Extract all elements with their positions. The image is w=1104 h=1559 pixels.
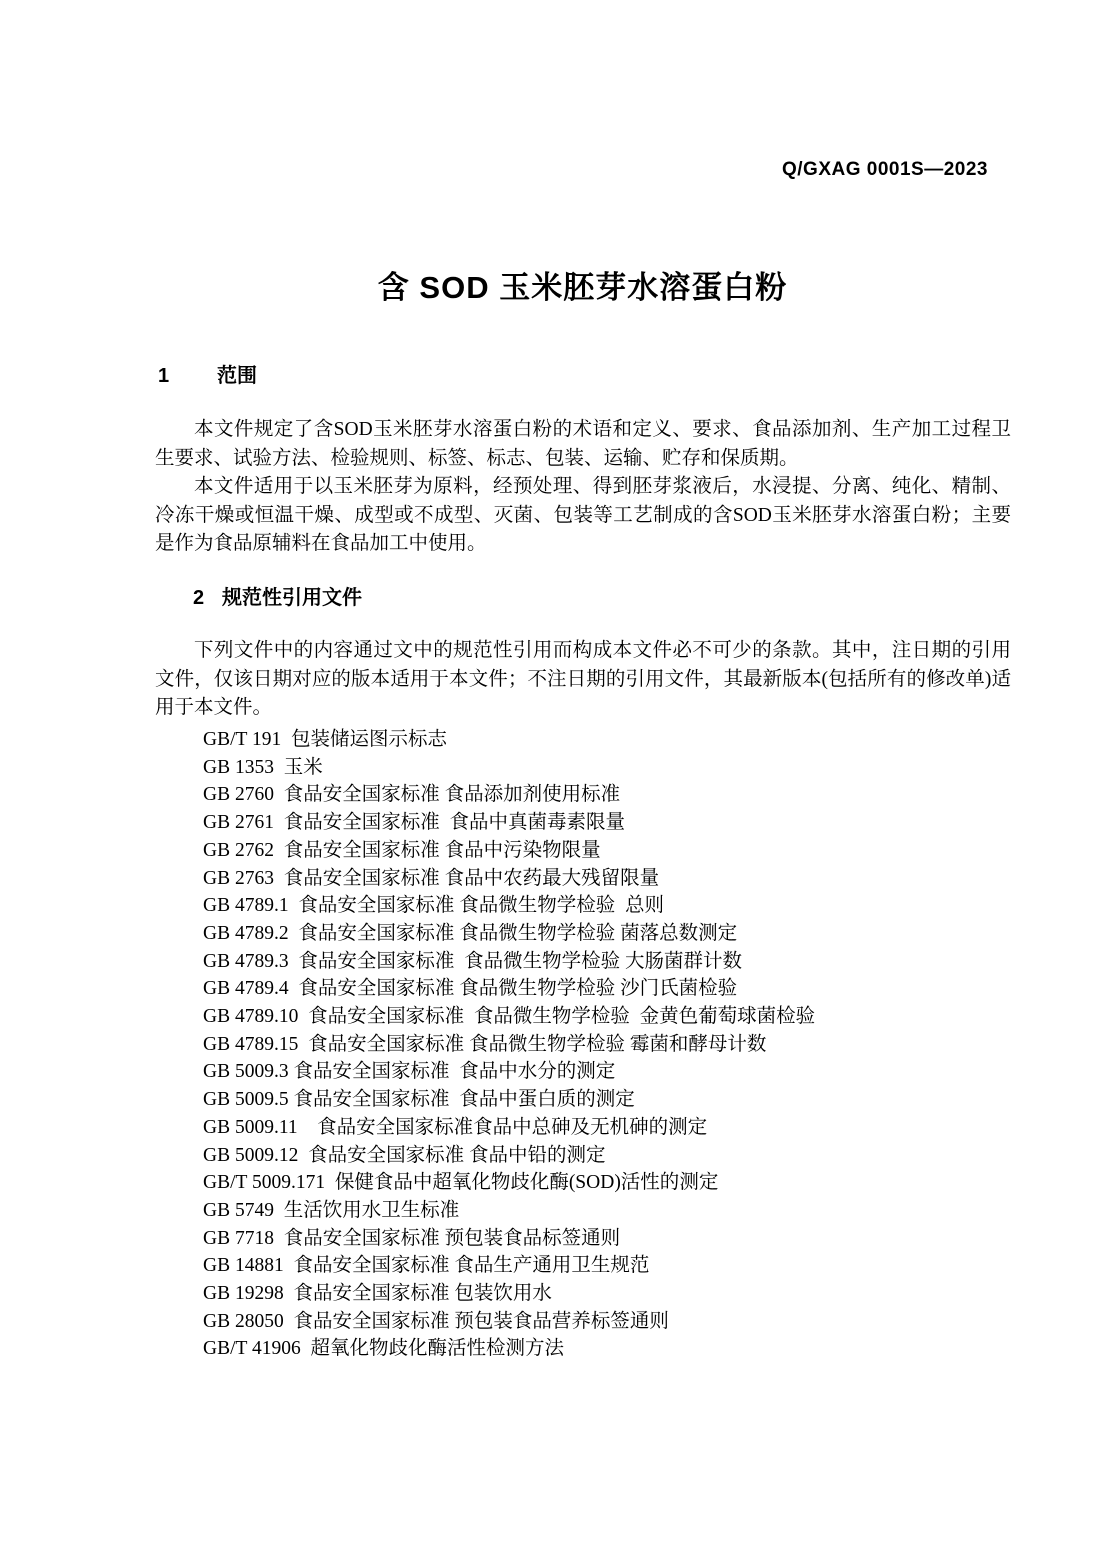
reference-item: GB 5749 生活饮用水卫生标准 <box>203 1197 1011 1225</box>
normative-references-list: GB/T 191 包装储运图示标志 GB 1353 玉米 GB 2760 食品安… <box>203 726 1011 1363</box>
reference-item: GB 4789.15 食品安全国家标准 食品微生物学检验 霉菌和酵母计数 <box>203 1031 1011 1059</box>
section-2-number: 2 <box>193 585 222 611</box>
paragraph: 下列文件中的内容通过文中的规范性引用而构成本文件必不可少的条款。其中，注日期的引… <box>155 637 1011 723</box>
reference-item: GB 1353 玉米 <box>203 754 1011 782</box>
reference-item: GB 4789.3 食品安全国家标准 食品微生物学检验 大肠菌群计数 <box>203 948 1011 976</box>
page-title: 含 SOD 玉米胚芽水溶蛋白粉 <box>155 266 1010 310</box>
reference-item: GB 2762 食品安全国家标准 食品中污染物限量 <box>203 837 1011 865</box>
section-2-title: 规范性引用文件 <box>222 587 362 609</box>
section-2-body: 下列文件中的内容通过文中的规范性引用而构成本文件必不可少的条款。其中，注日期的引… <box>155 637 1011 723</box>
reference-item: GB 14881 食品安全国家标准 食品生产通用卫生规范 <box>203 1252 1011 1280</box>
reference-item: GB 4789.4 食品安全国家标准 食品微生物学检验 沙门氏菌检验 <box>203 975 1011 1003</box>
section-1-body: 本文件规定了含SOD玉米胚芽水溶蛋白粉的术语和定义、要求、食品添加剂、生产加工过… <box>155 416 1011 559</box>
reference-item: GB 4789.10 食品安全国家标准 食品微生物学检验 金黄色葡萄球菌检验 <box>203 1003 1011 1031</box>
reference-item: GB 2761 食品安全国家标准 食品中真菌毒素限量 <box>203 809 1011 837</box>
doc-number: Q/GXAG 0001S—2023 <box>155 158 988 182</box>
reference-item: GB 5009.12 食品安全国家标准 食品中铅的测定 <box>203 1142 1011 1170</box>
reference-item: GB 2763 食品安全国家标准 食品中农药最大残留限量 <box>203 865 1011 893</box>
paragraph: 本文件适用于以玉米胚芽为原料，经预处理、得到胚芽浆液后，水浸提、分离、纯化、精制… <box>155 473 1011 559</box>
reference-item: GB 2760 食品安全国家标准 食品添加剂使用标准 <box>203 781 1011 809</box>
paragraph: 本文件规定了含SOD玉米胚芽水溶蛋白粉的术语和定义、要求、食品添加剂、生产加工过… <box>155 416 1011 473</box>
reference-item: GB 4789.2 食品安全国家标准 食品微生物学检验 菌落总数测定 <box>203 920 1011 948</box>
reference-item: GB 28050 食品安全国家标准 预包装食品营养标签通则 <box>203 1308 1011 1336</box>
reference-item: GB/T 41906 超氧化物歧化酶活性检测方法 <box>203 1335 1011 1363</box>
section-1-title: 范围 <box>217 365 257 387</box>
reference-item: GB 7718 食品安全国家标准 预包装食品标签通则 <box>203 1225 1011 1253</box>
reference-item: GB 19298 食品安全国家标准 包装饮用水 <box>203 1280 1011 1308</box>
section-1-number: 1 <box>158 363 217 389</box>
reference-item: GB/T 191 包装储运图示标志 <box>203 726 1011 754</box>
section-2-heading: 2规范性引用文件 <box>155 585 1010 611</box>
reference-item: GB 5009.11 食品安全国家标准食品中总砷及无机砷的测定 <box>203 1114 1011 1142</box>
reference-item: GB 4789.1 食品安全国家标准 食品微生物学检验 总则 <box>203 892 1011 920</box>
reference-item: GB 5009.3 食品安全国家标准 食品中水分的测定 <box>203 1058 1011 1086</box>
section-1-heading: 1范围 <box>155 363 1010 389</box>
document-page: Q/GXAG 0001S—2023 含 SOD 玉米胚芽水溶蛋白粉 1范围 本文… <box>0 0 1104 1559</box>
reference-item: GB/T 5009.171 保健食品中超氧化物歧化酶(SOD)活性的测定 <box>203 1169 1011 1197</box>
reference-item: GB 5009.5 食品安全国家标准 食品中蛋白质的测定 <box>203 1086 1011 1114</box>
